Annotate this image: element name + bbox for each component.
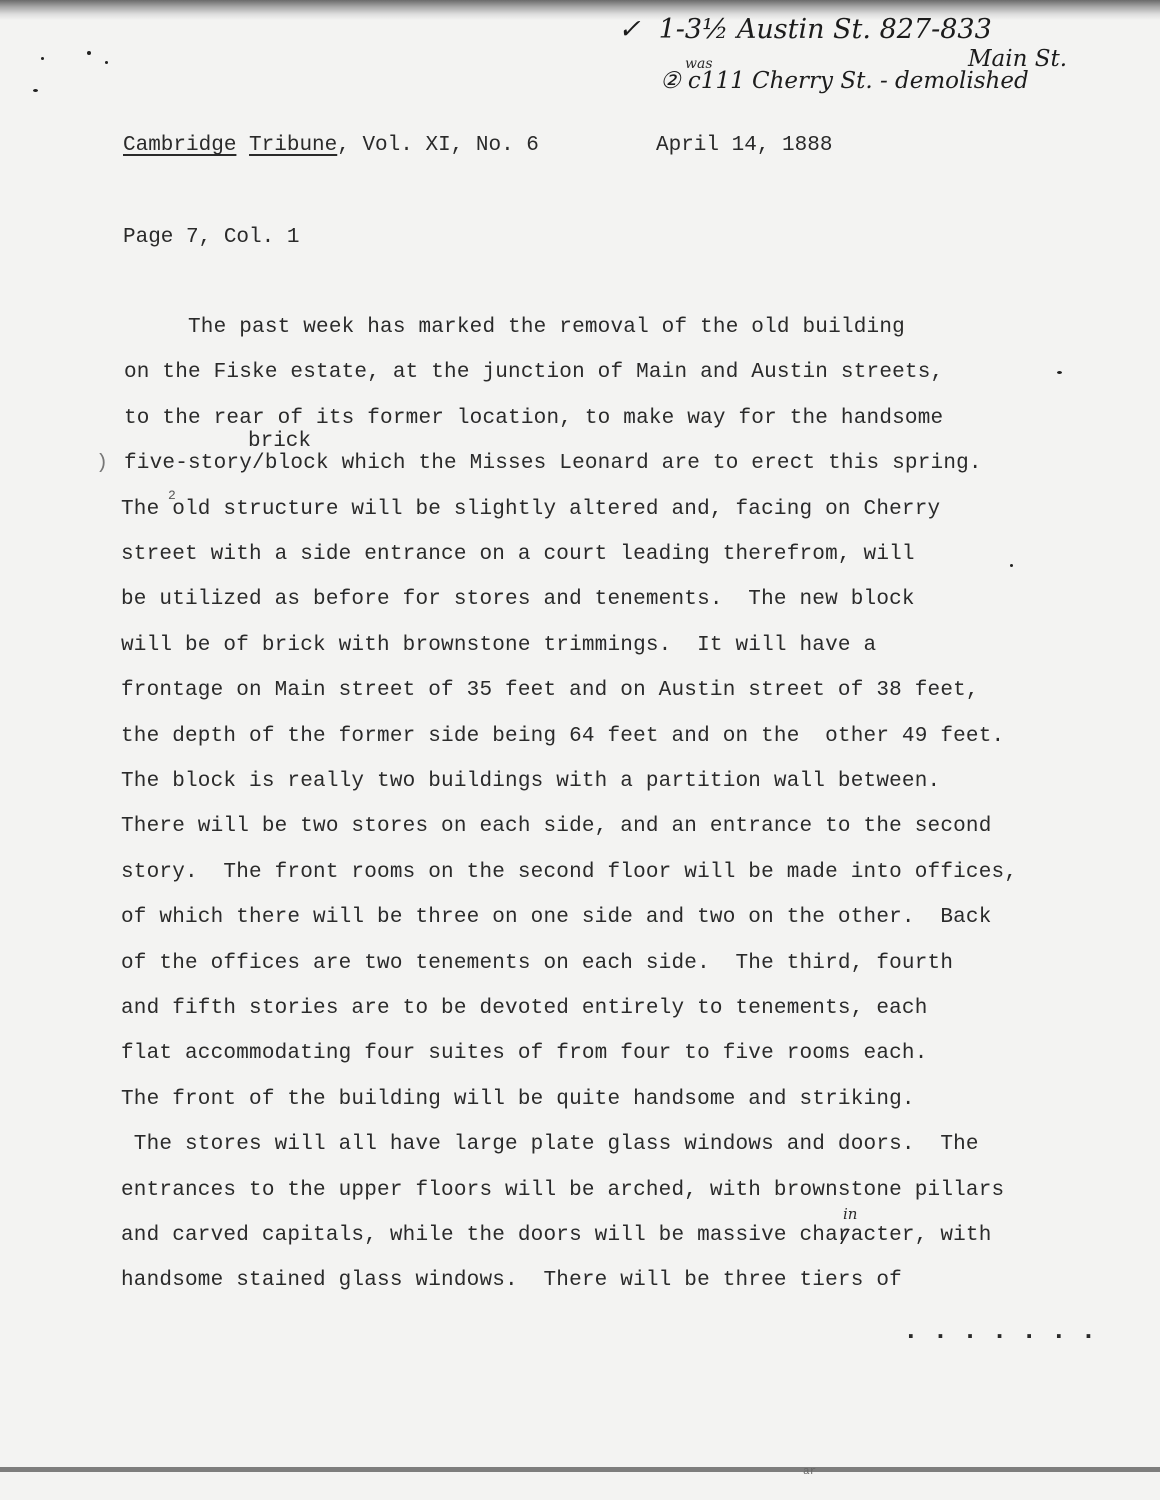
body-line: and carved capitals, while the doors wil… — [121, 1224, 992, 1247]
body-line: to the rear of its former location, to m… — [124, 407, 943, 430]
body-line: will be of brick with brownstone trimmin… — [121, 634, 876, 657]
body-line: entrances to the upper floors will be ar… — [121, 1179, 1004, 1202]
speck — [1057, 371, 1062, 374]
body-line: handsome stained glass windows. There wi… — [121, 1269, 902, 1292]
body-line: street with a side entrance on a court l… — [121, 543, 915, 566]
footer-mark: ar — [803, 1466, 816, 1478]
address-text: 1-3½ Austin St. 827-833 — [659, 14, 992, 45]
publication-name-1: Cambridge — [123, 134, 236, 157]
body-line: frontage on Main street of 35 feet and o… — [121, 679, 979, 702]
body-line: flat accommodating four suites of from f… — [121, 1042, 928, 1065]
body-line: on the Fiske estate, at the junction of … — [124, 361, 943, 384]
citation-header: Cambridge Tribune, Vol. XI, No. 6 — [123, 134, 539, 157]
speck — [105, 61, 108, 64]
volume-info: , Vol. XI, No. 6 — [337, 134, 539, 157]
speck — [87, 51, 91, 55]
speck — [33, 89, 38, 92]
speck — [1010, 564, 1013, 567]
body-line: be utilized as before for stores and ten… — [121, 588, 915, 611]
body-line: The stores will all have large plate gla… — [121, 1133, 979, 1156]
handwritten-cherry-note: ② c111 Cherry St. - demolished — [660, 68, 1029, 94]
publication-date: April 14, 1888 — [656, 134, 832, 157]
continuation-dots: ....... — [903, 1316, 1110, 1346]
page-reference: Page 7, Col. 1 — [123, 226, 299, 249]
publication-name-2: Tribune — [249, 134, 337, 157]
caret-insert-mark: / — [839, 1228, 851, 1251]
body-line: of the offices are two tenements on each… — [121, 952, 953, 975]
body-line: the depth of the former side being 64 fe… — [121, 725, 1004, 748]
body-line: five-story/block which the Misses Leonar… — [124, 452, 982, 475]
body-line: The old structure will be slightly alter… — [121, 498, 940, 521]
inserted-word: brick — [248, 430, 311, 453]
check-mark-icon: ✓ — [618, 14, 641, 45]
body-line: and fifth stories are to be devoted enti… — [121, 997, 928, 1020]
margin-bracket-mark: ) — [96, 452, 108, 475]
body-line: The block is really two buildings with a… — [121, 770, 940, 793]
scan-bottom-edge — [0, 1467, 1160, 1472]
body-line: There will be two stores on each side, a… — [121, 815, 992, 838]
handwritten-address-note: ✓1-3½ Austin St. 827-833 — [618, 14, 992, 45]
body-line: The past week has marked the removal of … — [124, 316, 905, 339]
handwritten-insert-in: in — [843, 1205, 857, 1223]
body-line: story. The front rooms on the second flo… — [121, 861, 1017, 884]
speck — [41, 57, 44, 60]
body-line: of which there will be three on one side… — [121, 906, 992, 929]
body-line: The front of the building will be quite … — [121, 1088, 915, 1111]
